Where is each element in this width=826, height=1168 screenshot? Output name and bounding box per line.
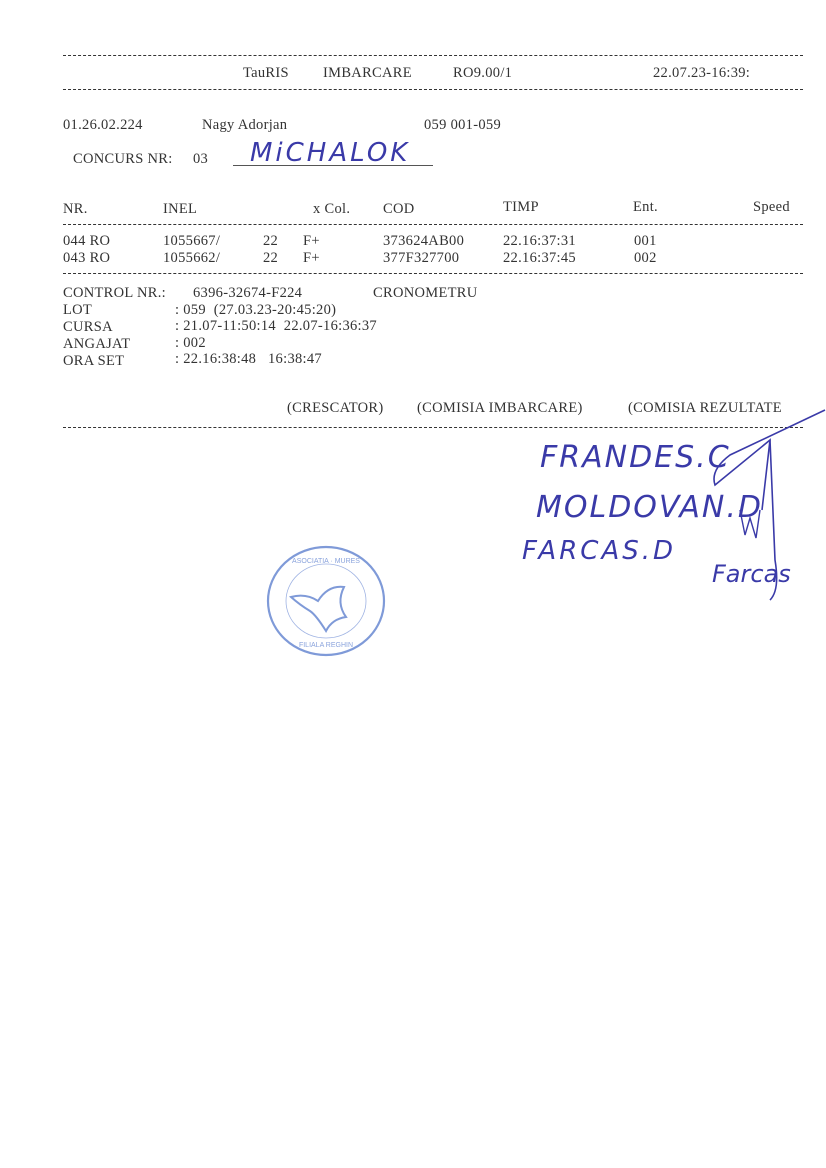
row-inel: 1055667/ (163, 233, 220, 250)
sig-comisia-imbarcare: (COMISIA IMBARCARE) (417, 400, 583, 417)
dove-icon (291, 587, 346, 631)
angajat-value: : 002 (175, 335, 206, 352)
row-year: 22 (263, 233, 278, 250)
row-timp: 22.16:37:45 (503, 250, 576, 267)
cursa-value: : 21.07-11:50:14 22.07-16:36:37 (175, 318, 377, 335)
control-label: CONTROL NR.: (63, 285, 166, 302)
signature-scribbles (600, 400, 826, 610)
row-cod: 377F327700 (383, 250, 459, 267)
divider-top (63, 55, 803, 56)
svg-text:FILIALA REGHIN: FILIALA REGHIN (299, 642, 353, 649)
header-system: TauRIS (243, 65, 289, 82)
stamp-seal: ASOCIATIA · MURES FILIALA REGHIN (266, 545, 386, 657)
contest-number: 03 (193, 151, 208, 168)
row-ent: 002 (634, 250, 657, 267)
ora-set-value: : 22.16:38:48 16:38:47 (175, 351, 322, 368)
header-datetime: 22.07.23-16:39: (653, 65, 750, 82)
col-ent: Ent. (633, 199, 658, 216)
divider-table-head (63, 224, 803, 225)
col-speed: Speed (753, 199, 790, 216)
contest-label: CONCURS NR: (73, 151, 173, 168)
row-timp: 22.16:37:31 (503, 233, 576, 250)
contest-handwritten-name: MiCHALOK (250, 138, 410, 168)
col-xcol: x Col. (313, 201, 350, 218)
fancier-code: 01.26.02.224 (63, 117, 143, 134)
angajat-label: ANGAJAT (63, 336, 130, 353)
lot-value: : 059 (27.03.23-20:45:20) (175, 302, 336, 319)
sig-crescator: (CRESCATOR) (287, 400, 384, 417)
row-col: F+ (303, 233, 320, 250)
device: CRONOMETRU (373, 285, 478, 302)
lot-label: LOT (63, 302, 92, 319)
row-col: F+ (303, 250, 320, 267)
fancier-lot-range: 059 001-059 (424, 117, 501, 134)
ora-set-label: ORA SET (63, 353, 124, 370)
col-nr: NR. (63, 201, 88, 218)
divider-header (63, 89, 803, 90)
row-ent: 001 (634, 233, 657, 250)
row-nr: 043 RO (63, 250, 110, 267)
contest-underline (233, 165, 433, 166)
svg-text:ASOCIATIA · MURES: ASOCIATIA · MURES (292, 558, 360, 565)
header-title: IMBARCARE (323, 65, 412, 82)
control-value: 6396-32674-F224 (193, 285, 302, 302)
col-inel: INEL (163, 201, 197, 218)
row-year: 22 (263, 250, 278, 267)
row-inel: 1055662/ (163, 250, 220, 267)
cursa-label: CURSA (63, 319, 113, 336)
col-timp: TIMP (503, 199, 539, 216)
divider-table-end (63, 273, 803, 274)
header-version: RO9.00/1 (453, 65, 512, 82)
row-nr: 044 RO (63, 233, 110, 250)
fancier-name: Nagy Adorjan (202, 117, 287, 134)
row-cod: 373624AB00 (383, 233, 464, 250)
col-cod: COD (383, 201, 415, 218)
